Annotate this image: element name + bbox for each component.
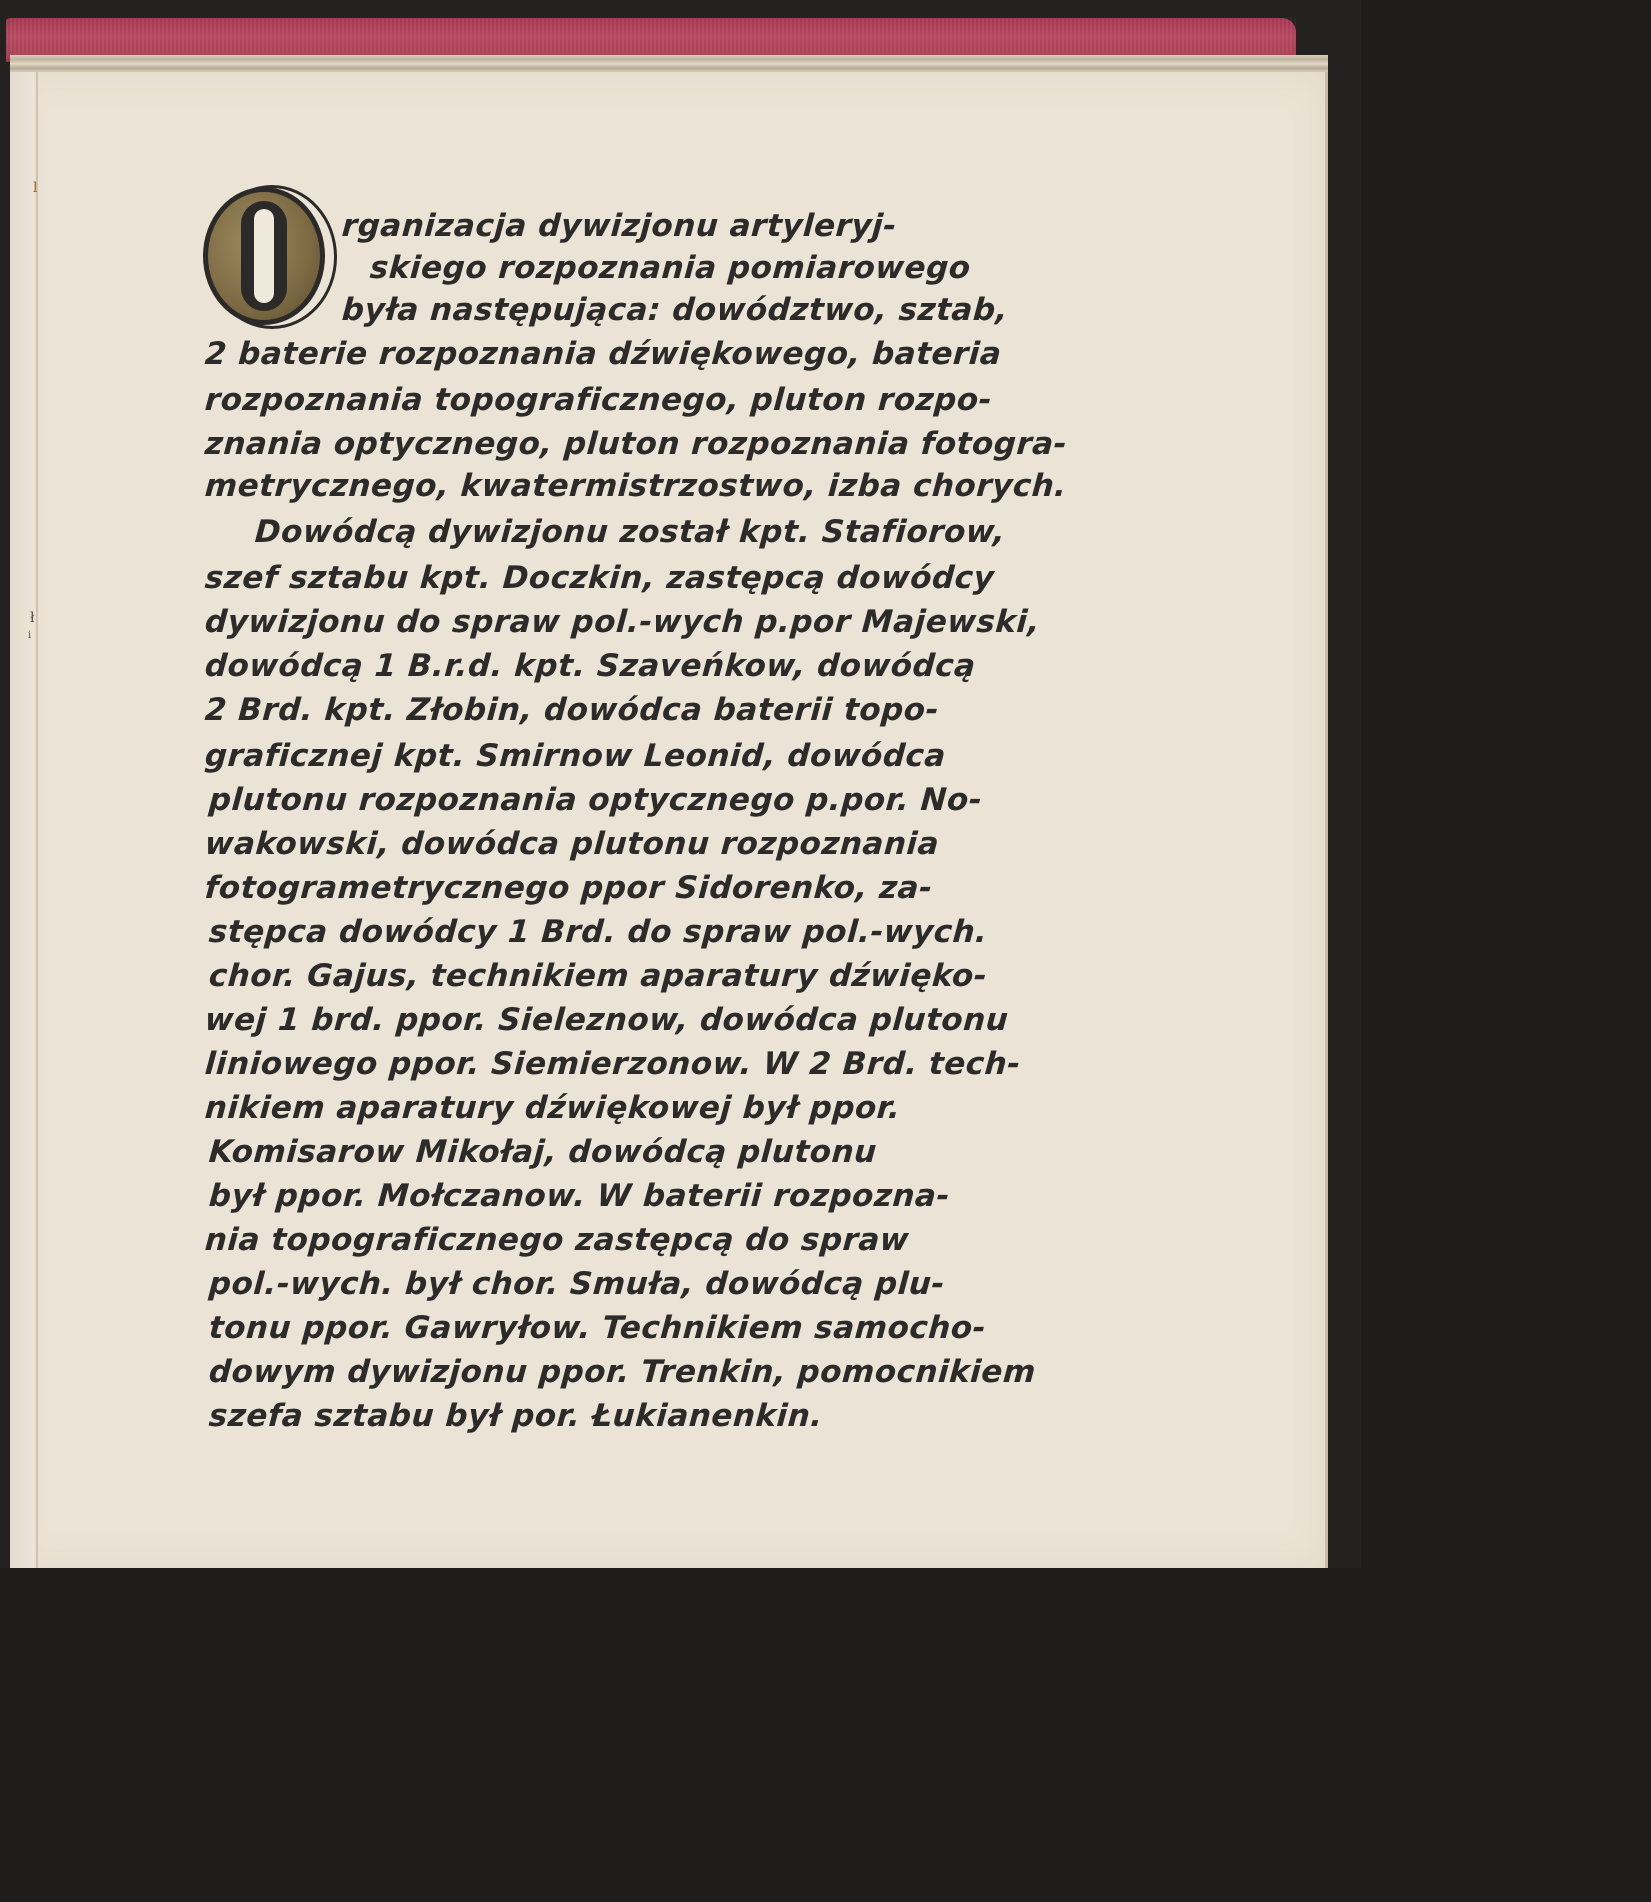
text-line: liniowego ppor. Siemierzonow. W 2 Brd. t… — [204, 1044, 1022, 1084]
text-line: wakowski, dowódca plutonu rozpoznania — [204, 824, 941, 864]
text-line: był ppor. Mołczanow. W baterii rozpozna- — [208, 1176, 952, 1216]
text-line: chor. Gajus, technikiem aparatury dźwięk… — [208, 956, 989, 996]
text-line: dowym dywizjonu ppor. Trenkin, pomocniki… — [208, 1352, 1038, 1392]
text-line: szef sztabu kpt. Doczkin, zastępcą dowód… — [204, 558, 996, 598]
text-line: dowódcą 1 B.r.d. kpt. Szaveńkow, dowódcą — [204, 646, 977, 686]
text-line: 2 Brd. kpt. Złobin, dowódca baterii topo… — [204, 690, 941, 730]
page-right-edge — [1325, 72, 1328, 1568]
text-line: rozpoznania topograficznego, pluton rozp… — [204, 380, 994, 420]
binding-stitch-line — [36, 72, 38, 1568]
text-line: dywizjonu do spraw pol.-wych p.por Majew… — [204, 602, 1042, 642]
initial-letter-O — [241, 201, 287, 311]
text-line: metrycznego, kwatermistrzostwo, izba cho… — [204, 466, 1068, 506]
text-line: znania optycznego, pluton rozpoznania fo… — [204, 424, 1069, 464]
text-line: 2 baterie rozpoznania dźwiękowego, bater… — [204, 334, 1003, 374]
margin-mark: i — [28, 630, 31, 641]
margin-mark: l — [33, 180, 37, 196]
text-line: nia topograficznego zastępcą do spraw — [204, 1220, 911, 1260]
text-line: pol.-wych. był chor. Smuła, dowódcą plu- — [208, 1264, 947, 1304]
text-line: była następująca: dowództwo, sztab, — [341, 290, 1010, 330]
binding-gutter — [10, 72, 34, 1568]
text-line: tonu ppor. Gawryłow. Technikiem samocho- — [208, 1308, 988, 1348]
text-line: Dowódcą dywizjonu został kpt. Stafiorow, — [254, 512, 1007, 552]
text-line: skiego rozpoznania pomiarowego — [369, 248, 972, 288]
text-line: fotogrametrycznego ppor Sidorenko, za- — [204, 868, 934, 908]
text-line: graficznej kpt. Smirnow Leonid, dowódca — [204, 736, 948, 776]
text-line: szefa sztabu był por. Łukianenkin. — [208, 1396, 825, 1436]
text-line: rganizacja dywizjonu artyleryj- — [341, 206, 899, 246]
text-line: stępca dowódcy 1 Brd. do spraw pol.-wych… — [208, 912, 989, 952]
text-line: Komisarow Mikołaj, dowódcą plutonu — [208, 1132, 879, 1172]
illuminated-initial-O — [203, 187, 331, 329]
text-line: wej 1 brd. ppor. Sieleznow, dowódca plut… — [204, 1000, 1010, 1040]
text-line: plutonu rozpoznania optycznego p.por. No… — [208, 780, 984, 820]
text-line: nikiem aparatury dźwiękowej był ppor. — [204, 1088, 902, 1128]
margin-mark: ł — [30, 610, 35, 626]
